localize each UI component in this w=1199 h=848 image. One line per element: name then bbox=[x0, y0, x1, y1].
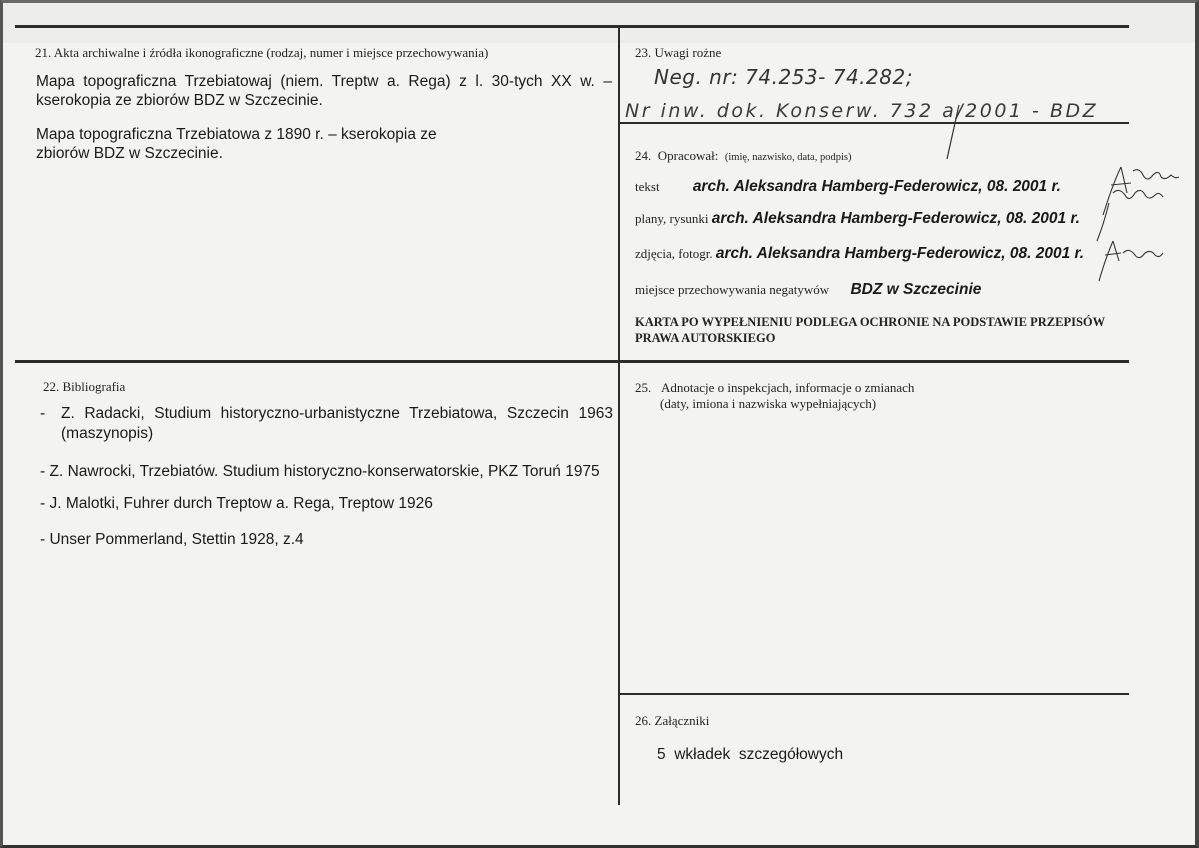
negatives-storage-value: BDZ w Szczecinie bbox=[850, 281, 981, 298]
section-26-value: 5 wkładek szczegółowych bbox=[657, 745, 843, 764]
bullet: - bbox=[40, 495, 45, 512]
author-row-value: arch. Aleksandra Hamberg-Federowicz, 08.… bbox=[712, 210, 1080, 227]
handwritten-inventory-number: Nr inw. dok. Konserw. 732 a/2001 - BDZ bbox=[625, 100, 1098, 122]
bullet: - bbox=[40, 404, 45, 424]
section-26-number: 26. bbox=[635, 713, 651, 728]
negatives-storage-row: miejsce przechowywania negatywów BDZ w S… bbox=[635, 281, 981, 299]
bullet: - bbox=[40, 463, 45, 480]
document-card: 21. Akta archiwalne i źródła ikonografic… bbox=[0, 0, 1199, 848]
author-row-drawings: plany, rysunki arch. Aleksandra Hamberg-… bbox=[635, 210, 1080, 228]
section-25-title: Adnotacje o inspekcjach, informacje o zm… bbox=[661, 380, 914, 395]
section-22-number: 22. bbox=[43, 379, 59, 394]
author-row-label: tekst bbox=[635, 179, 660, 194]
middle-rule bbox=[15, 360, 1129, 363]
section-26-heading: 26. Załączniki bbox=[635, 713, 709, 729]
negatives-storage-label: miejsce przechowywania negatywów bbox=[635, 282, 829, 297]
author-row-text: tekst arch. Aleksandra Hamberg-Federowic… bbox=[635, 178, 1061, 196]
handwritten-negative-numbers: Neg. nr: 74.253- 74.282; bbox=[654, 65, 913, 89]
author-row-label: plany, rysunki bbox=[635, 211, 709, 226]
bibliography-item-4: - Unser Pommerland, Stettin 1928, z.4 bbox=[40, 530, 304, 550]
rule-above-zalaczniki bbox=[618, 693, 1129, 695]
bibliography-text: Z. Radacki, Studium historyczno-urbanist… bbox=[61, 404, 613, 444]
bibliography-item-3: - J. Malotki, Fuhrer durch Treptow a. Re… bbox=[40, 494, 433, 514]
copyright-line-1: KARTA PO WYPEŁNIENIU PODLEGA OCHRONIE NA… bbox=[635, 314, 1105, 330]
section-22-heading: 22. Bibliografia bbox=[43, 379, 125, 395]
author-row-value: arch. Aleksandra Hamberg-Federowicz, 08.… bbox=[716, 245, 1084, 262]
section-24-heading: 24. Opracował: (imię, nazwisko, data, po… bbox=[635, 148, 851, 164]
author-row-photos: zdjęcia, fotogr. arch. Aleksandra Hamber… bbox=[635, 245, 1084, 263]
section-21-title: Akta archiwalne i źródła ikonograficzne … bbox=[54, 45, 489, 60]
handwritten-slash-stroke bbox=[943, 103, 963, 163]
section-23-number: 23. bbox=[635, 45, 651, 60]
rule-under-uwagi bbox=[618, 122, 1129, 124]
bibliography-text: Z. Nawrocki, Trzebiatów. Studium history… bbox=[49, 463, 599, 480]
section-22-title: Bibliografia bbox=[63, 379, 126, 394]
author-row-value: arch. Aleksandra Hamberg-Federowicz, 08.… bbox=[693, 178, 1061, 195]
section-23-title: Uwagi rożne bbox=[655, 45, 722, 60]
author-row-label: zdjęcia, fotogr. bbox=[635, 246, 713, 261]
section-21-number: 21. bbox=[35, 45, 51, 60]
center-divider bbox=[618, 25, 620, 805]
section-24-title: Opracował: bbox=[658, 148, 719, 163]
copyright-line-2: PRAWA AUTORSKIEGO bbox=[635, 330, 1105, 346]
section-25-heading: 25. Adnotacje o inspekcjach, informacje … bbox=[635, 380, 914, 412]
bibliography-text: Unser Pommerland, Stettin 1928, z.4 bbox=[49, 531, 303, 548]
signature-strokes bbox=[1083, 163, 1183, 288]
section-21-heading: 21. Akta archiwalne i źródła ikonografic… bbox=[35, 45, 488, 61]
top-rule bbox=[15, 25, 1129, 28]
section-24-subtitle: (imię, nazwisko, data, podpis) bbox=[725, 152, 852, 163]
section-26-title: Załączniki bbox=[655, 713, 710, 728]
bibliography-text: J. Malotki, Fuhrer durch Treptow a. Rega… bbox=[49, 495, 432, 512]
section-25-number: 25. bbox=[635, 380, 651, 395]
section-23-heading: 23. Uwagi rożne bbox=[635, 45, 721, 61]
section-21-entry-1: Mapa topograficzna Trzebiatowaj (niem. T… bbox=[36, 72, 612, 110]
copyright-notice: KARTA PO WYPEŁNIENIU PODLEGA OCHRONIE NA… bbox=[635, 314, 1105, 346]
section-24-number: 24. bbox=[635, 148, 651, 163]
section-21-entry-2: Mapa topograficzna Trzebiatowa z 1890 r.… bbox=[36, 125, 466, 163]
section-25-subtitle: (daty, imiona i nazwiska wypełniających) bbox=[635, 396, 914, 412]
bibliography-item-2: - Z. Nawrocki, Trzebiatów. Studium histo… bbox=[40, 462, 600, 482]
bullet: - bbox=[40, 531, 45, 548]
